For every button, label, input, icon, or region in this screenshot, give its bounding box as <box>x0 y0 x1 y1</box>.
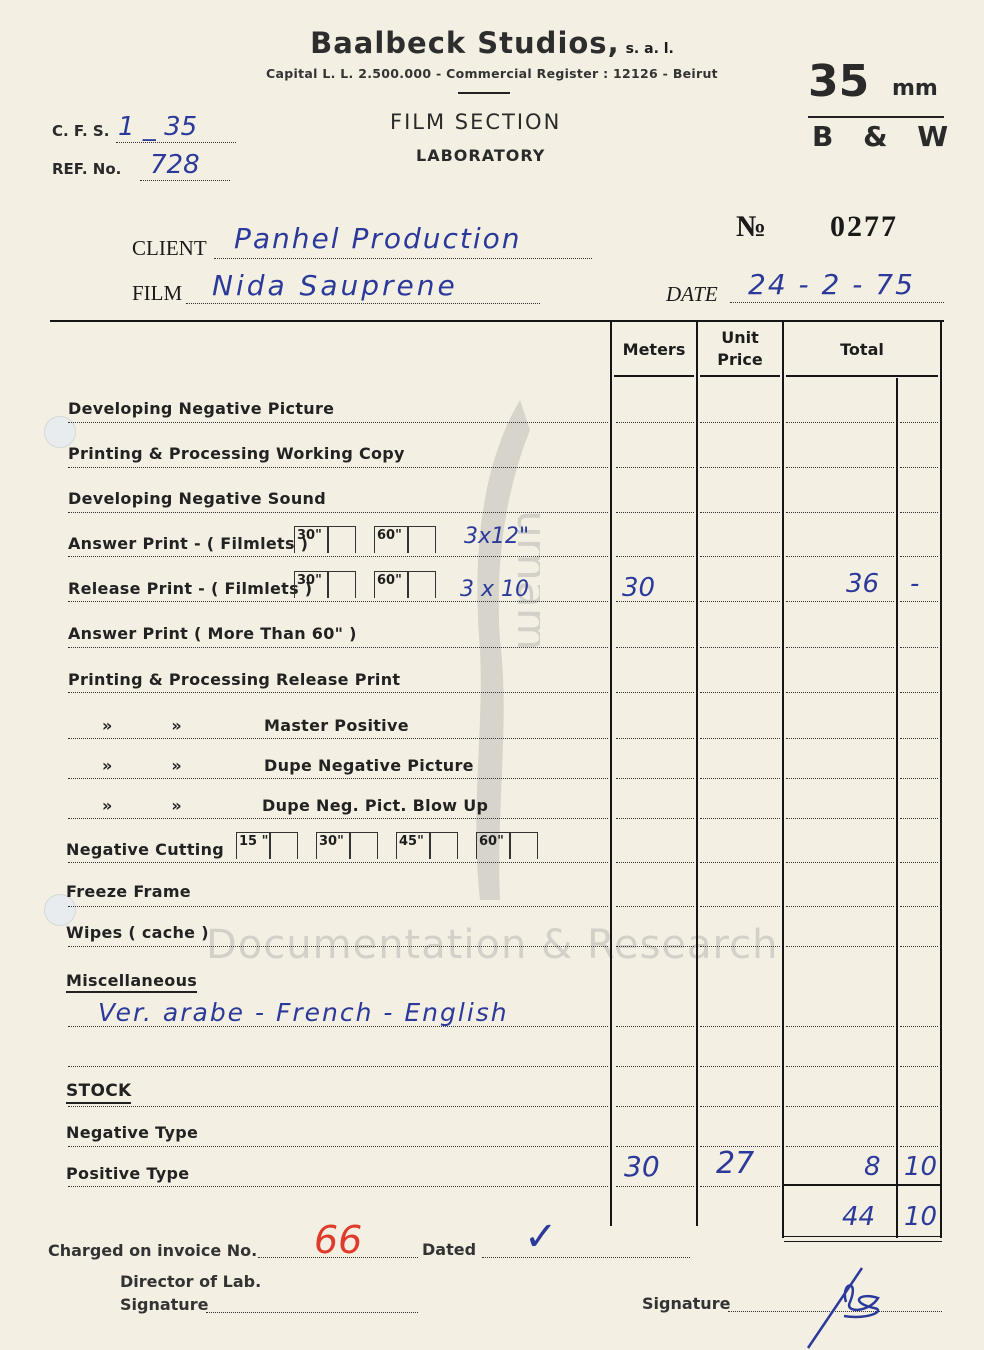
film-value: Nida Sauprene <box>212 269 458 302</box>
ref-value: 728 <box>150 150 200 180</box>
duration-box-45[interactable]: 45" <box>396 832 458 859</box>
row-label-negative-type: Negative Type <box>66 1123 198 1142</box>
invoice-label: Charged on invoice No. <box>48 1241 257 1260</box>
duration-box-60[interactable]: 60" <box>476 832 538 859</box>
dotted-rule <box>786 1026 894 1027</box>
dotted-rule <box>68 647 608 648</box>
grand-total-double-rule <box>784 1236 942 1242</box>
row-label: Developing Negative Picture <box>68 399 334 418</box>
release-print-total-cents[interactable]: - <box>910 569 919 599</box>
dotted-rule <box>616 818 694 819</box>
dated-check-mark: ✓ <box>524 1214 558 1260</box>
release-print-total[interactable]: 36 <box>846 569 879 599</box>
dotted-rule <box>616 692 694 693</box>
dated-label: Dated <box>422 1240 476 1259</box>
dotted-rule <box>786 946 894 947</box>
dotted-rule <box>900 512 938 513</box>
dotted-rule <box>616 512 694 513</box>
format-gauge: 35 <box>808 56 869 107</box>
table-top-rule <box>50 320 944 322</box>
director-label: Director of Lab. <box>120 1272 261 1291</box>
row-label: Negative Cutting <box>66 840 224 859</box>
dotted-rule <box>616 862 694 863</box>
duration-boxes: 30"60" <box>294 526 454 553</box>
dotted-rule <box>616 1186 694 1187</box>
header-unit-price-line1: Unit <box>698 327 782 349</box>
duration-box-30[interactable]: 30" <box>294 526 356 553</box>
dotted-rule <box>700 692 780 693</box>
dotted-rule <box>786 906 894 907</box>
dotted-rule <box>616 647 694 648</box>
dotted-rule <box>900 818 938 819</box>
table-row: Release Print - ( Filmlets ) 30"60" 3 x … <box>0 571 984 601</box>
cfs-value: 1 _ 35 <box>118 112 197 142</box>
release-print-note: 3 x 10 <box>460 577 529 602</box>
table-row: Printing & Processing Working Copy <box>0 442 984 468</box>
dotted-rule <box>68 467 608 468</box>
release-print-meters[interactable]: 30 <box>622 573 655 603</box>
dotted-rule <box>68 778 608 779</box>
dotted-rule <box>700 778 780 779</box>
table-row: Answer Print - ( Filmlets ) 30"60" 3x12" <box>0 526 984 556</box>
dotted-rule <box>700 512 780 513</box>
dotted-rule <box>786 862 894 863</box>
dotted-rule <box>786 1106 894 1107</box>
ditto-marks: » » <box>102 796 182 815</box>
dotted-rule <box>700 556 780 557</box>
header-underline-meters <box>614 375 694 377</box>
company-header: Baalbeck Studios,s. a. l. <box>0 26 984 60</box>
header-unit-price: Unit Price <box>698 327 782 371</box>
dotted-rule <box>616 906 694 907</box>
table-row: Wipes ( cache ) <box>0 921 984 947</box>
duration-box-60[interactable]: 60" <box>374 571 436 598</box>
dotted-rule <box>700 647 780 648</box>
cfs-label: C. F. S. <box>52 122 109 140</box>
header-unit-price-line2: Price <box>698 349 782 371</box>
dotted-rule <box>68 1106 608 1107</box>
row-label: Freeze Frame <box>66 882 191 901</box>
dotted-rule <box>616 1026 694 1027</box>
header-underline-total <box>786 375 938 377</box>
table-row: Printing & Processing Release Print <box>0 668 984 694</box>
date-label: DATE <box>666 282 718 307</box>
dotted-rule <box>900 467 938 468</box>
dotted-rule <box>616 1106 694 1107</box>
dotted-rule <box>786 467 894 468</box>
duration-box-30[interactable]: 30" <box>316 832 378 859</box>
dotted-rule <box>786 556 894 557</box>
dotted-rule <box>68 1026 608 1027</box>
dated-field[interactable]: ✓ <box>482 1240 690 1258</box>
dotted-rule <box>900 1106 938 1107</box>
dotted-rule <box>786 1066 894 1067</box>
format-unit: mm <box>892 76 938 101</box>
dotted-rule <box>900 647 938 648</box>
row-label: Dupe Neg. Pict. Blow Up <box>262 796 488 815</box>
header-divider <box>458 92 510 94</box>
dotted-rule <box>616 738 694 739</box>
dotted-rule <box>616 556 694 557</box>
row-label: Master Positive <box>264 716 409 735</box>
duration-box-60[interactable]: 60" <box>374 526 436 553</box>
dotted-rule <box>616 422 694 423</box>
number-symbol: № <box>736 210 766 244</box>
dotted-rule <box>900 778 938 779</box>
row-label: Printing & Processing Working Copy <box>68 444 405 463</box>
dotted-rule <box>700 818 780 819</box>
section-title: FILM SECTION <box>390 110 561 134</box>
misc-value[interactable]: Ver. arabe - French - English <box>98 998 509 1027</box>
dotted-rule <box>700 1026 780 1027</box>
date-field[interactable]: 24 - 2 - 75 <box>730 282 944 303</box>
table-row: » » Master Positive <box>0 714 984 740</box>
format-color: B & W <box>812 120 958 153</box>
dotted-rule <box>700 906 780 907</box>
duration-boxes: 15 "30"45"60" <box>236 832 556 859</box>
dotted-rule <box>68 512 608 513</box>
ref-field[interactable]: 728 <box>140 158 230 181</box>
dotted-rule <box>700 467 780 468</box>
date-value: 24 - 2 - 75 <box>748 268 915 301</box>
dotted-rule <box>616 778 694 779</box>
table-row: Developing Negative Picture <box>0 397 984 423</box>
table-row: Freeze Frame <box>0 880 984 906</box>
header-meters: Meters <box>612 340 696 359</box>
cfs-field[interactable]: 1 _ 35 <box>116 120 236 143</box>
positive-type-total-cents[interactable]: 10 <box>904 1152 937 1182</box>
row-label: Answer Print ( More Than 60" ) <box>68 624 357 643</box>
dotted-rule <box>68 422 608 423</box>
signature-label: Signature <box>642 1294 730 1313</box>
dotted-rule <box>786 692 894 693</box>
grand-total-cents[interactable]: 10 <box>904 1202 937 1232</box>
table-row: Answer Print ( More Than 60" ) <box>0 622 984 648</box>
duration-box-30[interactable]: 30" <box>294 571 356 598</box>
row-label: Printing & Processing Release Print <box>68 670 400 689</box>
ditto-marks: » » <box>102 716 182 735</box>
duration-boxes: 30"60" <box>294 571 454 598</box>
duration-box-15[interactable]: 15 " <box>236 832 298 859</box>
dotted-rule <box>786 601 894 602</box>
dotted-rule <box>616 946 694 947</box>
dotted-rule <box>786 1146 894 1147</box>
dotted-rule <box>900 738 938 739</box>
dotted-rule <box>68 601 608 602</box>
dotted-rule <box>900 1026 938 1027</box>
row-label-positive-type: Positive Type <box>66 1164 189 1183</box>
form-number: 0277 <box>830 210 898 244</box>
row-label: Answer Print - ( Filmlets ) <box>68 534 308 553</box>
dotted-rule <box>700 1106 780 1107</box>
positive-type-meters[interactable]: 30 <box>624 1150 660 1183</box>
row-label: Wipes ( cache ) <box>66 923 209 942</box>
dotted-rule <box>900 601 938 602</box>
dotted-rule <box>700 1066 780 1067</box>
positive-type-total[interactable]: 8 <box>864 1152 881 1182</box>
dotted-rule <box>900 422 938 423</box>
dotted-rule <box>68 1066 608 1067</box>
dotted-rule <box>700 738 780 739</box>
subsection-title: LABORATORY <box>416 146 545 165</box>
dotted-rule <box>900 862 938 863</box>
dotted-rule <box>700 1186 780 1187</box>
client-label: CLIENT <box>132 236 207 261</box>
misc-heading: Miscellaneous <box>66 971 197 993</box>
company-name: Baalbeck Studios, <box>310 26 619 60</box>
dotted-rule <box>616 1146 694 1147</box>
company-suffix: s. a. l. <box>626 41 674 57</box>
positive-type-unit-price[interactable]: 27 <box>716 1146 754 1181</box>
dotted-rule <box>68 738 608 739</box>
dotted-rule <box>616 1066 694 1067</box>
director-signature-label: Signature <box>120 1295 208 1314</box>
dotted-rule <box>616 601 694 602</box>
dotted-rule <box>700 946 780 947</box>
dotted-rule <box>900 556 938 557</box>
table-row: Developing Negative Sound <box>0 487 984 513</box>
header-total: Total <box>784 340 940 359</box>
client-value: Panhel Production <box>234 222 522 255</box>
dotted-rule <box>68 1186 608 1187</box>
dotted-rule <box>68 818 608 819</box>
dotted-rule <box>700 862 780 863</box>
table-row: » » Dupe Neg. Pict. Blow Up <box>0 794 984 820</box>
row-label: Dupe Negative Picture <box>264 756 474 775</box>
film-field[interactable]: Nida Sauprene <box>186 281 540 304</box>
dotted-rule <box>700 601 780 602</box>
answer-print-note: 3x12" <box>464 524 529 549</box>
row-label: Release Print - ( Filmlets ) <box>68 579 312 598</box>
dotted-rule <box>900 1146 938 1147</box>
table-row: » » Dupe Negative Picture <box>0 754 984 780</box>
dotted-rule <box>68 862 608 863</box>
signature-scrawl-icon <box>800 1262 900 1350</box>
dotted-rule <box>700 422 780 423</box>
film-label: FILM <box>132 281 182 306</box>
format-divider <box>808 116 944 118</box>
dotted-rule <box>786 738 894 739</box>
director-signature-field[interactable] <box>206 1295 418 1313</box>
dotted-rule <box>786 818 894 819</box>
dotted-rule <box>786 778 894 779</box>
stock-heading: STOCK <box>66 1081 131 1104</box>
subtotal-rule <box>784 1184 940 1186</box>
dotted-rule <box>700 1146 780 1147</box>
header-underline-unit <box>700 375 780 377</box>
dotted-rule <box>68 692 608 693</box>
dotted-rule <box>68 906 608 907</box>
dotted-rule <box>900 692 938 693</box>
ref-label: REF. No. <box>52 160 121 178</box>
row-label: Developing Negative Sound <box>68 489 326 508</box>
dotted-rule <box>616 467 694 468</box>
grand-total[interactable]: 44 <box>842 1202 875 1232</box>
dotted-rule <box>786 422 894 423</box>
dotted-rule <box>68 556 608 557</box>
dotted-rule <box>900 906 938 907</box>
dotted-rule <box>786 647 894 648</box>
dotted-rule <box>786 512 894 513</box>
dotted-rule <box>900 1066 938 1067</box>
table-row: Negative Cutting 15 "30"45"60" <box>0 832 984 862</box>
invoice-value: 66 <box>314 1218 362 1262</box>
dotted-rule <box>68 1146 608 1147</box>
dotted-rule <box>68 946 608 947</box>
dotted-rule <box>900 946 938 947</box>
ditto-marks: » » <box>102 756 182 775</box>
client-field[interactable]: Panhel Production <box>214 236 592 259</box>
invoice-field[interactable]: 66 <box>258 1240 418 1258</box>
